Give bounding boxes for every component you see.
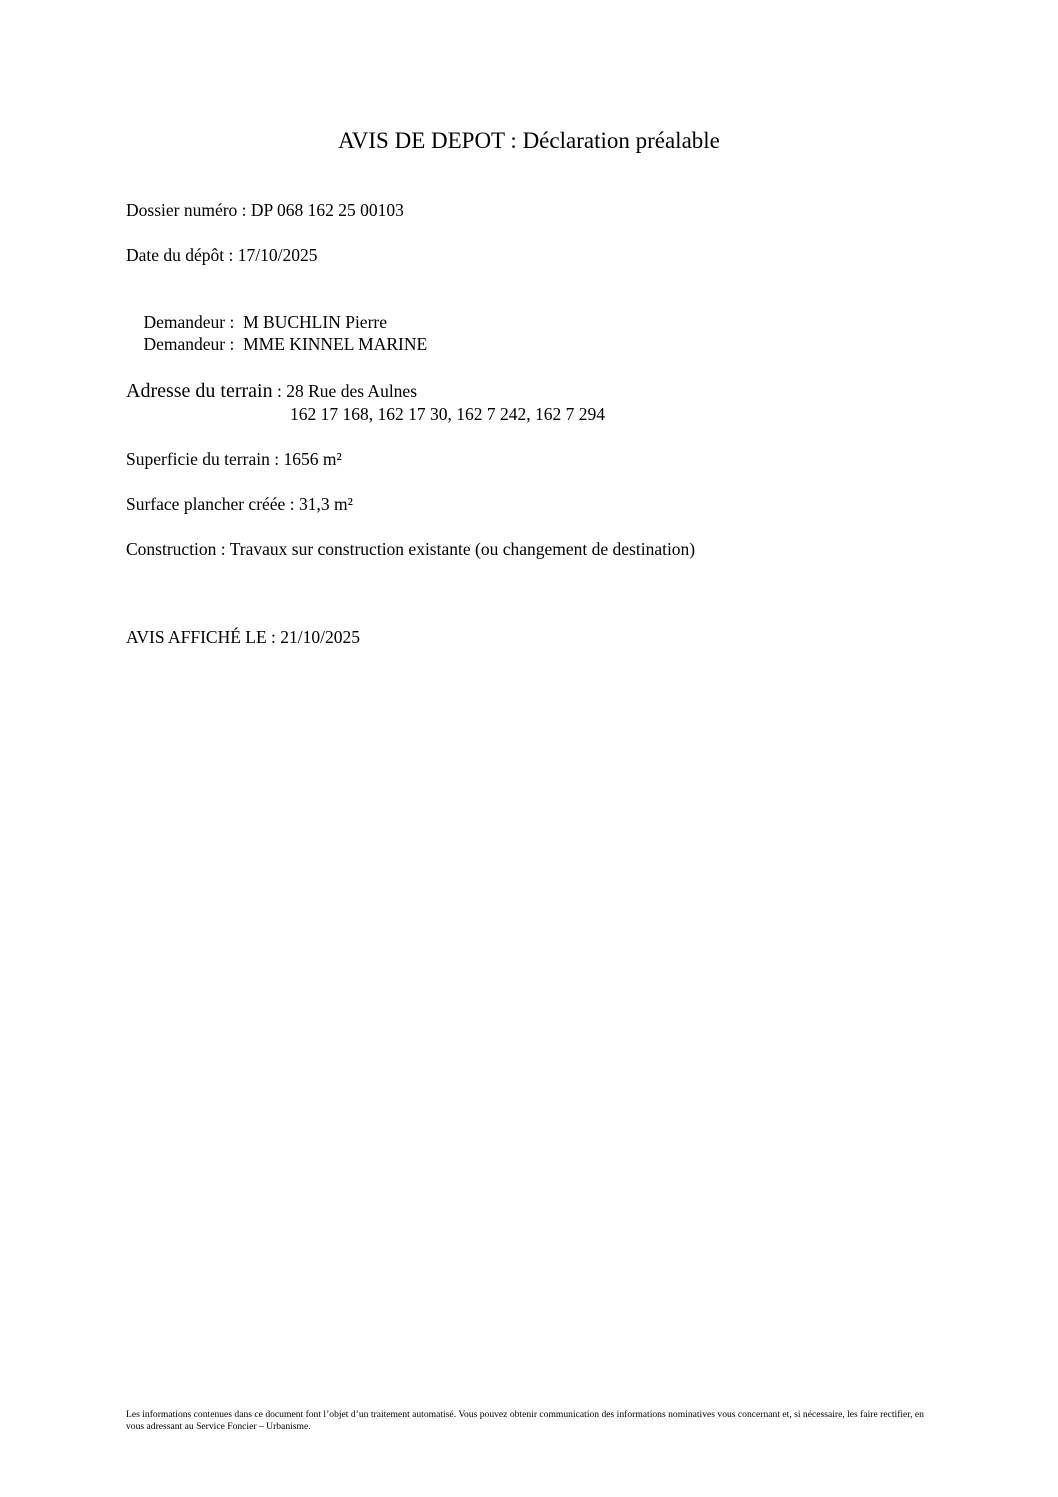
deposit-date-label: Date du dépôt : [126,245,238,265]
construction-label: Construction : [126,539,230,559]
floor-area-label: Surface plancher créée : [126,494,299,514]
land-address-value: 28 Rue des Aulnes [286,381,417,401]
floor-area: Surface plancher créée : 31,3 m² [126,493,353,515]
deposit-date-value: 17/10/2025 [238,245,318,265]
land-area-value: 1656 m² [283,449,341,469]
land-address: Adresse du terrain : 28 Rue des Aulnes [126,380,417,402]
posted-date-label: AVIS AFFICHÉ LE : [126,627,280,647]
posted-date-value: 21/10/2025 [280,627,360,647]
land-area-label: Superficie du terrain : [126,449,283,469]
land-address-separator: : [273,381,287,401]
posted-date: AVIS AFFICHÉ LE : 21/10/2025 [126,626,360,648]
applicant-label: Demandeur : [144,334,244,354]
document-title: AVIS DE DEPOT : Déclaration préalable [0,126,1058,156]
land-area: Superficie du terrain : 1656 m² [126,448,342,470]
land-address-label: Adresse du terrain [126,380,273,402]
floor-area-value: 31,3 m² [299,494,353,514]
applicant-name: MME KINNEL MARINE [243,334,427,354]
applicant-2: Demandeur : MME KINNEL MARINE [126,311,427,377]
dossier-value: DP 068 162 25 00103 [251,200,404,220]
dossier-label: Dossier numéro : [126,200,251,220]
construction-value: Travaux sur construction existante (ou c… [230,539,695,559]
land-parcels: 162 17 168, 162 17 30, 162 7 242, 162 7 … [290,403,605,425]
construction-type: Construction : Travaux sur construction … [126,538,695,560]
deposit-date: Date du dépôt : 17/10/2025 [126,244,318,266]
privacy-footer: Les informations contenues dans ce docum… [126,1409,936,1433]
dossier-number: Dossier numéro : DP 068 162 25 00103 [126,199,404,221]
